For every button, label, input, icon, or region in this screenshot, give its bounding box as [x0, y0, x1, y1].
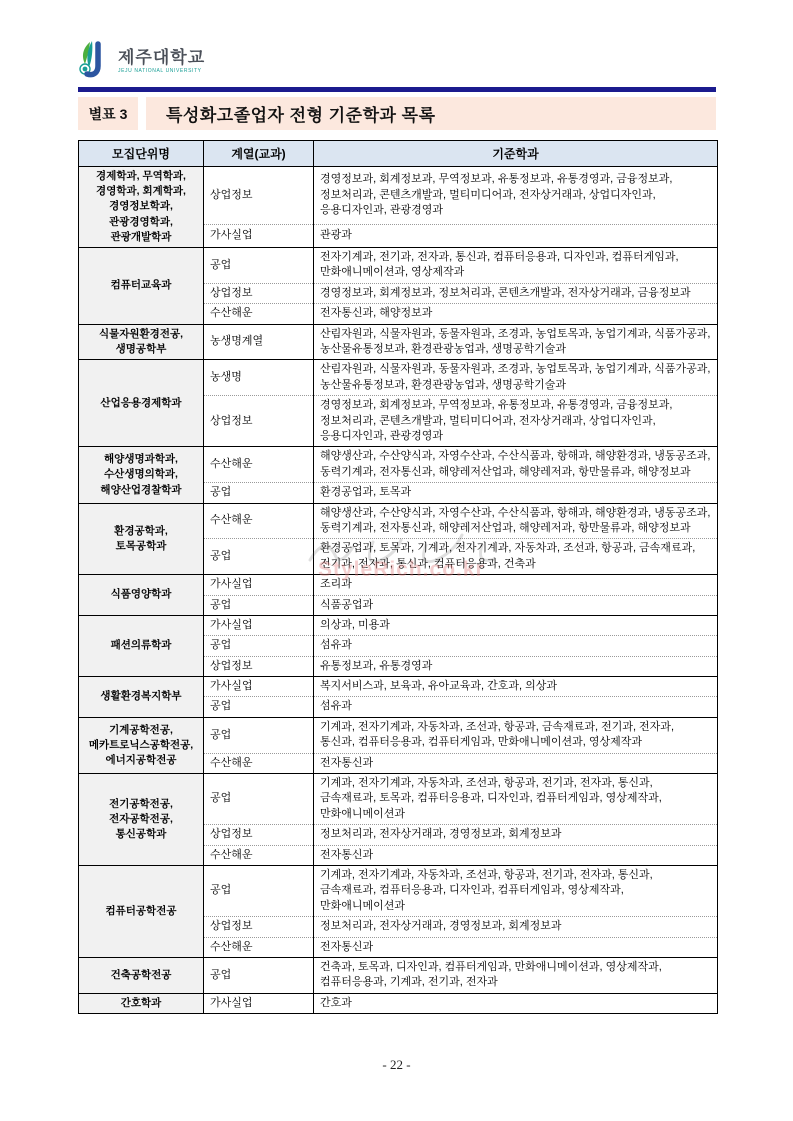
logo-text-block: 제주대학교 JEJU NATIONAL UNIVERSITY	[118, 49, 205, 74]
criteria-table: 모집단위명 계열(교과) 기준학과 경제학과, 무역학과, 경영학과, 회계학과…	[78, 140, 718, 1014]
unit-name-cell: 경제학과, 무역학과, 경영학과, 회계학과, 경영정보학과, 관광경영학과, …	[79, 167, 204, 248]
track-cell: 가사실업	[204, 575, 314, 595]
track-cell: 공업	[204, 248, 314, 284]
table-row: 해양생명과학과, 수산생명의학과, 해양산업경찰학과수산해운해양생산과, 수산양…	[79, 447, 718, 483]
unit-name-cell: 산업응용경제학과	[79, 360, 204, 447]
departments-cell: 정보처리과, 전자상거래과, 경영정보과, 회계정보과	[314, 917, 718, 937]
page-number: - 22 -	[0, 1057, 793, 1073]
track-cell: 수산해운	[204, 447, 314, 483]
track-cell: 수산해운	[204, 503, 314, 539]
departments-cell: 해양생산과, 수산양식과, 자영수산과, 수산식품과, 항해과, 해양환경과, …	[314, 503, 718, 539]
track-cell: 상업정보	[204, 396, 314, 447]
track-cell: 공업	[204, 865, 314, 916]
departments-cell: 전자통신과, 해양정보과	[314, 304, 718, 324]
university-logo: 제주대학교 JEJU NATIONAL UNIVERSITY	[78, 40, 205, 82]
departments-cell: 산림자원과, 식물자원과, 동물자원과, 조경과, 농업토목과, 농업기계과, …	[314, 324, 718, 360]
track-cell: 공업	[204, 483, 314, 503]
track-cell: 공업	[204, 774, 314, 825]
title-gap	[138, 97, 146, 130]
table-row: 식물자원환경전공, 생명공학부농생명계열산림자원과, 식물자원과, 동물자원과,…	[79, 324, 718, 360]
departments-cell: 기계과, 전자기계과, 자동차과, 조선과, 항공과, 전기과, 전자과, 통신…	[314, 774, 718, 825]
track-cell: 공업	[204, 717, 314, 753]
table-row: 환경공학과, 토목공학과수산해운해양생산과, 수산양식과, 자영수산과, 수산식…	[79, 503, 718, 539]
departments-cell: 식품공업과	[314, 595, 718, 615]
unit-name-cell: 생활환경복지학부	[79, 677, 204, 718]
unit-name-cell: 환경공학과, 토목공학과	[79, 503, 204, 575]
table-row: 기계공학전공, 메카트로닉스공학전공, 에너지공학전공공업기계과, 전자기계과,…	[79, 717, 718, 753]
table-header-row: 모집단위명 계열(교과) 기준학과	[79, 141, 718, 167]
table-row: 간호학과가사실업간호과	[79, 993, 718, 1013]
track-cell: 공업	[204, 957, 314, 993]
departments-cell: 의상과, 미용과	[314, 615, 718, 635]
table-row: 패션의류학과가사실업의상과, 미용과	[79, 615, 718, 635]
title-row: 별표 3 특성화고졸업자 전형 기준학과 목록	[78, 97, 716, 130]
track-cell: 수산해운	[204, 845, 314, 865]
logo-subtitle: JEJU NATIONAL UNIVERSITY	[118, 69, 205, 74]
departments-cell: 조리과	[314, 575, 718, 595]
track-cell: 수산해운	[204, 304, 314, 324]
departments-cell: 전자통신과	[314, 753, 718, 773]
table-row: 경제학과, 무역학과, 경영학과, 회계학과, 경영정보학과, 관광경영학과, …	[79, 167, 718, 225]
logo-name: 제주대학교	[118, 49, 205, 66]
track-cell: 상업정보	[204, 825, 314, 845]
column-header-track: 계열(교과)	[204, 141, 314, 167]
track-cell: 공업	[204, 595, 314, 615]
university-logo-icon	[78, 40, 112, 82]
departments-cell: 정보처리과, 전자상거래과, 경영정보과, 회계정보과	[314, 825, 718, 845]
track-cell: 공업	[204, 697, 314, 717]
departments-cell: 환경공업과, 토목과	[314, 483, 718, 503]
departments-cell: 복지서비스과, 보육과, 유아교육과, 간호과, 의상과	[314, 677, 718, 697]
unit-name-cell: 패션의류학과	[79, 615, 204, 676]
departments-cell: 기계과, 전자기계과, 자동차과, 조선과, 항공과, 전기과, 전자과, 통신…	[314, 865, 718, 916]
page-title: 특성화고졸업자 전형 기준학과 목록	[146, 97, 716, 130]
track-cell: 공업	[204, 539, 314, 575]
track-cell: 상업정보	[204, 917, 314, 937]
track-cell: 상업정보	[204, 167, 314, 225]
table-row: 식품영양학과가사실업조리과	[79, 575, 718, 595]
document-page: 제주대학교 JEJU NATIONAL UNIVERSITY 별표 3 특성화고…	[0, 0, 793, 1121]
track-cell: 가사실업	[204, 615, 314, 635]
table-row: 전기공학전공, 전자공학전공, 통신공학과공업기계과, 전자기계과, 자동차과,…	[79, 774, 718, 825]
departments-cell: 전자통신과	[314, 937, 718, 957]
table-row: 생활환경복지학부가사실업복지서비스과, 보육과, 유아교육과, 간호과, 의상과	[79, 677, 718, 697]
annex-badge: 별표 3	[78, 97, 138, 130]
track-cell: 수산해운	[204, 937, 314, 957]
unit-name-cell: 건축공학전공	[79, 957, 204, 993]
departments-cell: 전자통신과	[314, 845, 718, 865]
departments-cell: 해양생산과, 수산양식과, 자영수산과, 수산식품과, 항해과, 해양환경과, …	[314, 447, 718, 483]
unit-name-cell: 해양생명과학과, 수산생명의학과, 해양산업경찰학과	[79, 447, 204, 503]
unit-name-cell: 컴퓨터공학전공	[79, 865, 204, 957]
criteria-table-wrapper: 모집단위명 계열(교과) 기준학과 경제학과, 무역학과, 경영학과, 회계학과…	[78, 140, 717, 1014]
departments-cell: 경영정보과, 회계정보과, 정보처리과, 콘텐츠개발과, 전자상거래과, 금융정…	[314, 283, 718, 303]
table-row: 컴퓨터공학전공공업기계과, 전자기계과, 자동차과, 조선과, 항공과, 전기과…	[79, 865, 718, 916]
departments-cell: 유통정보과, 유통경영과	[314, 656, 718, 676]
departments-cell: 섬유과	[314, 636, 718, 656]
track-cell: 농생명	[204, 360, 314, 396]
track-cell: 공업	[204, 636, 314, 656]
column-header-unit: 모집단위명	[79, 141, 204, 167]
table-row: 산업응용경제학과농생명산림자원과, 식물자원과, 동물자원과, 조경과, 농업토…	[79, 360, 718, 396]
departments-cell: 전자기계과, 전기과, 전자과, 통신과, 컴퓨터응용과, 디자인과, 컴퓨터게…	[314, 248, 718, 284]
track-cell: 상업정보	[204, 283, 314, 303]
divider-bar	[78, 87, 716, 92]
unit-name-cell: 기계공학전공, 메카트로닉스공학전공, 에너지공학전공	[79, 717, 204, 773]
track-cell: 가사실업	[204, 993, 314, 1013]
track-cell: 수산해운	[204, 753, 314, 773]
unit-name-cell: 컴퓨터교육과	[79, 248, 204, 325]
departments-cell: 섬유과	[314, 697, 718, 717]
track-cell: 가사실업	[204, 677, 314, 697]
departments-cell: 산림자원과, 식물자원과, 동물자원과, 조경과, 농업토목과, 농업기계과, …	[314, 360, 718, 396]
unit-name-cell: 식물자원환경전공, 생명공학부	[79, 324, 204, 360]
track-cell: 농생명계열	[204, 324, 314, 360]
departments-cell: 간호과	[314, 993, 718, 1013]
departments-cell: 환경공업과, 토목과, 기계과, 전자기계과, 자동차과, 조선과, 항공과, …	[314, 539, 718, 575]
unit-name-cell: 간호학과	[79, 993, 204, 1013]
departments-cell: 건축과, 토목과, 디자인과, 컴퓨터게임과, 만화애니메이션과, 영상제작과,…	[314, 957, 718, 993]
track-cell: 가사실업	[204, 224, 314, 247]
departments-cell: 경영정보과, 회계정보과, 무역정보과, 유통정보과, 유통경영과, 금융정보과…	[314, 396, 718, 447]
table-row: 건축공학전공공업건축과, 토목과, 디자인과, 컴퓨터게임과, 만화애니메이션과…	[79, 957, 718, 993]
table-row: 컴퓨터교육과공업전자기계과, 전기과, 전자과, 통신과, 컴퓨터응용과, 디자…	[79, 248, 718, 284]
unit-name-cell: 전기공학전공, 전자공학전공, 통신공학과	[79, 774, 204, 866]
departments-cell: 기계과, 전자기계과, 자동차과, 조선과, 항공과, 금속재료과, 전기과, …	[314, 717, 718, 753]
unit-name-cell: 식품영양학과	[79, 575, 204, 616]
departments-cell: 경영정보과, 회계정보과, 무역정보과, 유통정보과, 유통경영과, 금융정보과…	[314, 167, 718, 225]
departments-cell: 관광과	[314, 224, 718, 247]
column-header-departments: 기준학과	[314, 141, 718, 167]
track-cell: 상업정보	[204, 656, 314, 676]
